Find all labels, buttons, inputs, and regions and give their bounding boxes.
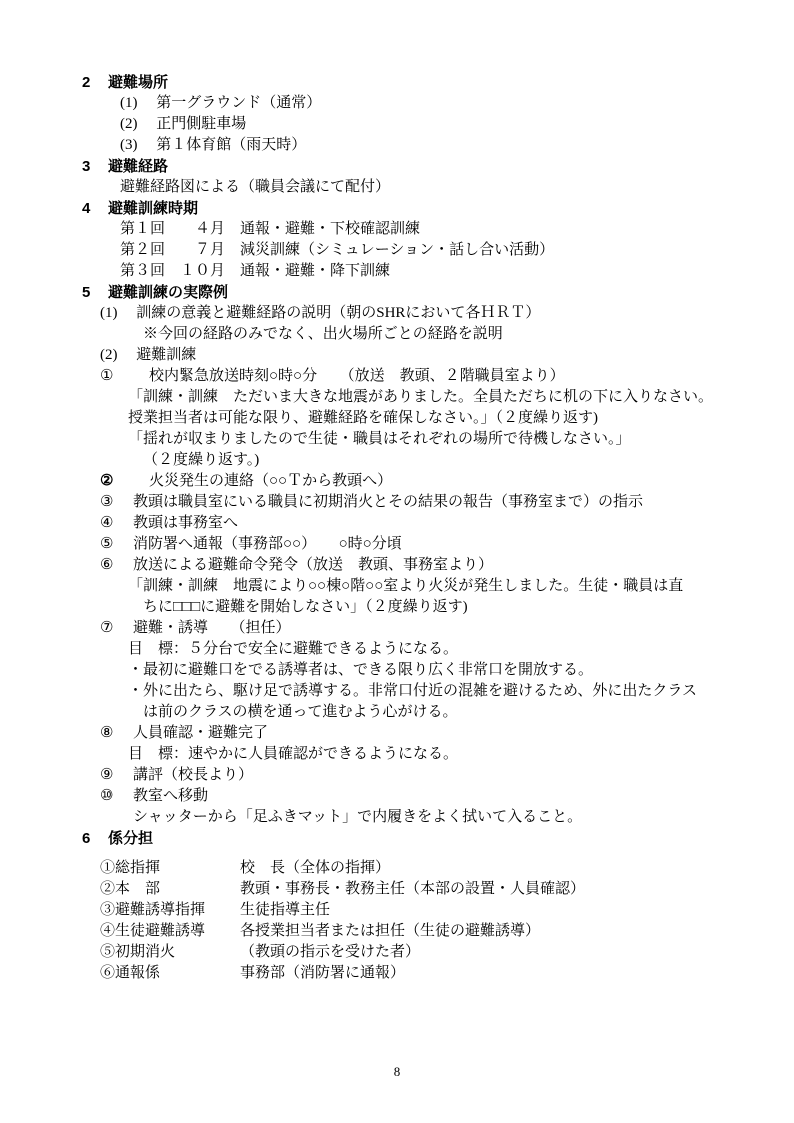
broadcast-quote-3-line-2: ちに□□□に避難を開始しなさい」（２度繰り返す): [0, 597, 794, 618]
section-4-row-2: 第２回 ７月 減災訓練（シミュレーション・話し合い活動）: [0, 240, 794, 261]
step-8-goal: 目 標：速やかに人員確認ができるようになる。: [0, 744, 794, 765]
section-5-heading: 5避難訓練の実際例: [0, 282, 794, 303]
section-2-number: 2: [82, 72, 108, 93]
step-7-bullet-2-line-2: は前のクラスの横を通って進むよう心がける。: [0, 702, 794, 723]
section-4-row-1: 第１回 ４月 通報・避難・下校確認訓練: [0, 219, 794, 240]
broadcast-quote-2-repeat: （２度繰り返す。): [0, 450, 794, 471]
section-6-number: 6: [82, 828, 108, 849]
duty-role: 生徒指導主任: [240, 900, 330, 921]
page-number: 8: [0, 1064, 794, 1080]
step-3: ③教頭は職員室にいる職員に初期消火とその結果の報告（事務室まで）の指示: [0, 492, 794, 513]
section-2-item-1: (1) 第一グラウンド（通常）: [0, 93, 794, 114]
section-5-number: 5: [82, 282, 108, 303]
step-9-text: 講評（校長より）: [133, 767, 253, 783]
step-2-text: 火災発生の連絡（○○Ｔから教頭へ）: [149, 473, 392, 489]
step-5-text: 消防署へ通報（事務部○○） ○時○分頃: [133, 536, 402, 552]
step-9-marker: ⑨: [100, 765, 133, 786]
step-1-marker: ①: [100, 366, 149, 387]
step-10-note: シャッターから「足ふきマット」で内履きをよく拭いて入ること。: [0, 807, 794, 828]
step-3-marker: ③: [100, 492, 133, 513]
step-5: ⑤消防署へ通報（事務部○○） ○時○分頃: [0, 534, 794, 555]
step-8: ⑧人員確認・避難完了: [0, 723, 794, 744]
duty-role: 事務部（消防署に通報）: [240, 963, 405, 984]
step-7: ⑦避難・誘導 （担任）: [0, 618, 794, 639]
step-1: ①校内緊急放送時刻○時○分 （放送 教頭、２階職員室より）: [0, 366, 794, 387]
step-7-bullet-1: ・最初に避難口をでる誘導者は、できる限り広く非常口を開放する。: [0, 660, 794, 681]
duty-row-2: ②本 部教頭・事務長・教務主任（本部の設置・人員確認）: [0, 879, 794, 900]
step-1-text: 校内緊急放送時刻○時○分 （放送 教頭、２階職員室より）: [149, 368, 565, 384]
step-2: ②火災発生の連絡（○○Ｔから教頭へ）: [0, 471, 794, 492]
duty-row-5: ⑤初期消火（教頭の指示を受けた者）: [0, 942, 794, 963]
step-8-marker: ⑧: [100, 723, 133, 744]
duty-label: ③避難誘導指揮: [100, 900, 240, 921]
step-6: ⑥放送による避難命令発令（放送 教頭、事務室より）: [0, 555, 794, 576]
step-7-text: 避難・誘導 （担任）: [133, 620, 291, 636]
broadcast-quote-3-line-1: 「訓練・訓練 地震により○○棟○階○○室より火災が発生しました。生徒・職員は直: [0, 576, 794, 597]
section-4-number: 4: [82, 198, 108, 219]
step-2-marker: ②: [100, 471, 149, 492]
section-5-item-1: (1) 訓練の意義と避難経路の説明（朝のSHRにおいて各ＨＲＴ）: [0, 303, 794, 324]
section-6-title: 係分担: [108, 830, 153, 847]
step-10: ⑩教室へ移動: [0, 786, 794, 807]
step-4-marker: ④: [100, 513, 133, 534]
step-3-text: 教頭は職員室にいる職員に初期消火とその結果の報告（事務室まで）の指示: [133, 494, 643, 510]
broadcast-quote-1-line-2: 授業担当者は可能な限り、避難経路を確保しなさい。」（２度繰り返す): [0, 408, 794, 429]
section-5-title: 避難訓練の実際例: [108, 284, 228, 301]
broadcast-quote-2: 「揺れが収まりましたので生徒・職員はそれぞれの場所で待機しなさい。」: [0, 429, 794, 450]
section-3-body: 避難経路図による（職員会議にて配付）: [0, 177, 794, 198]
broadcast-quote-1-line-1: 「訓練・訓練 ただいま大きな地震がありました。全員ただちに机の下に入りなさい。: [0, 387, 794, 408]
section-3-heading: 3避難経路: [0, 156, 794, 177]
section-2-item-3: (3) 第１体育館（雨天時）: [0, 135, 794, 156]
duty-role: （教頭の指示を受けた者）: [240, 942, 420, 963]
section-4-row-3: 第３回 １０月 通報・避難・降下訓練: [0, 261, 794, 282]
step-7-goal: 目 標：５分台で安全に避難できるようになる。: [0, 639, 794, 660]
duty-label: ⑥通報係: [100, 963, 240, 984]
step-8-text: 人員確認・避難完了: [133, 725, 268, 741]
duty-role: 校 長（全体の指揮）: [240, 858, 390, 879]
section-5-item-2: (2) 避難訓練: [0, 345, 794, 366]
step-9: ⑨講評（校長より）: [0, 765, 794, 786]
step-4: ④教頭は事務室へ: [0, 513, 794, 534]
step-10-text: 教室へ移動: [133, 788, 208, 804]
document-page: 2避難場所 (1) 第一グラウンド（通常） (2) 正門側駐車場 (3) 第１体…: [0, 0, 794, 1123]
duty-label: ⑤初期消火: [100, 942, 240, 963]
step-4-text: 教頭は事務室へ: [133, 515, 238, 531]
step-5-marker: ⑤: [100, 534, 133, 555]
section-3-title: 避難経路: [108, 158, 168, 175]
section-2-item-2: (2) 正門側駐車場: [0, 114, 794, 135]
section-2-title: 避難場所: [108, 74, 168, 91]
step-6-marker: ⑥: [100, 555, 133, 576]
section-2-heading: 2避難場所: [0, 72, 794, 93]
step-7-marker: ⑦: [100, 618, 133, 639]
duty-label: ④生徒避難誘導: [100, 921, 240, 942]
duty-label: ②本 部: [100, 879, 240, 900]
step-10-marker: ⑩: [100, 786, 133, 807]
duty-row-6: ⑥通報係事務部（消防署に通報）: [0, 963, 794, 984]
section-4-heading: 4避難訓練時期: [0, 198, 794, 219]
duty-role: 教頭・事務長・教務主任（本部の設置・人員確認）: [240, 879, 585, 900]
section-4-title: 避難訓練時期: [108, 200, 198, 217]
duty-role: 各授業担当者または担任（生徒の避難誘導）: [240, 921, 540, 942]
section-3-number: 3: [82, 156, 108, 177]
step-6-text: 放送による避難命令発令（放送 教頭、事務室より）: [133, 557, 493, 573]
duty-row-4: ④生徒避難誘導各授業担当者または担任（生徒の避難誘導）: [0, 921, 794, 942]
duty-row-3: ③避難誘導指揮生徒指導主任: [0, 900, 794, 921]
step-7-bullet-2-line-1: ・外に出たら、駆け足で誘導する。非常口付近の混雑を避けるため、外に出たクラス: [0, 681, 794, 702]
section-6-heading: 6係分担: [0, 828, 794, 849]
duty-row-1: ①総指揮校 長（全体の指揮）: [0, 858, 794, 879]
section-5-note-1: ※今回の経路のみでなく、出火場所ごとの経路を説明: [0, 324, 794, 345]
duty-label: ①総指揮: [100, 858, 240, 879]
